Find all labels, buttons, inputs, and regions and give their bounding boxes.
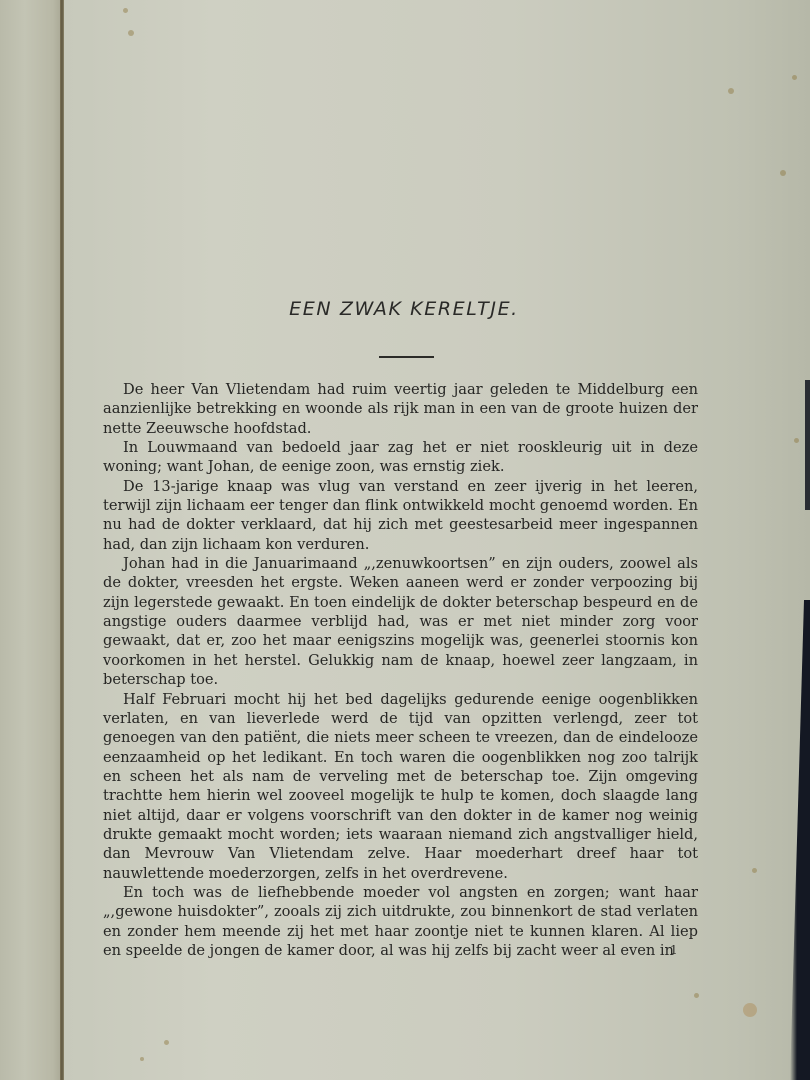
paragraph: En toch was de liefhebbende moeder vol a… [103, 883, 698, 960]
chapter-title: EEN ZWAK KERELTJE. [64, 298, 744, 320]
foxing-spot [694, 993, 699, 998]
foxing-spot [164, 1040, 169, 1045]
paragraph: De 13-jarige knaap was vlug van verstand… [103, 477, 698, 554]
title-divider-rule [379, 356, 434, 358]
page-number: 1 [670, 943, 678, 957]
page-edge-shadow [805, 380, 810, 510]
paragraph: Half Februari mocht hij het bed dagelijk… [103, 690, 698, 883]
foxing-spot [728, 88, 734, 94]
photo-scene: EEN ZWAK KERELTJE. De heer Van Vlietenda… [0, 0, 810, 1080]
foxing-spot [123, 8, 128, 13]
foxing-spot [128, 30, 134, 36]
body-text: De heer Van Vlietendam had ruim veertig … [103, 380, 698, 960]
foxing-spot [752, 868, 757, 873]
paragraph: In Louwmaand van bedoeld jaar zag het er… [103, 438, 698, 477]
paragraph: Johan had in die Januarimaand „,zenuwkoo… [103, 554, 698, 689]
foxing-spot [743, 1003, 757, 1017]
foxing-spot [140, 1057, 144, 1061]
page-corner-shadow [790, 600, 810, 1080]
previous-page-edge [0, 0, 62, 1080]
foxing-spot [780, 170, 786, 176]
foxing-spot [794, 438, 799, 443]
paragraph: De heer Van Vlietendam had ruim veertig … [103, 380, 698, 438]
foxing-spot [792, 75, 797, 80]
